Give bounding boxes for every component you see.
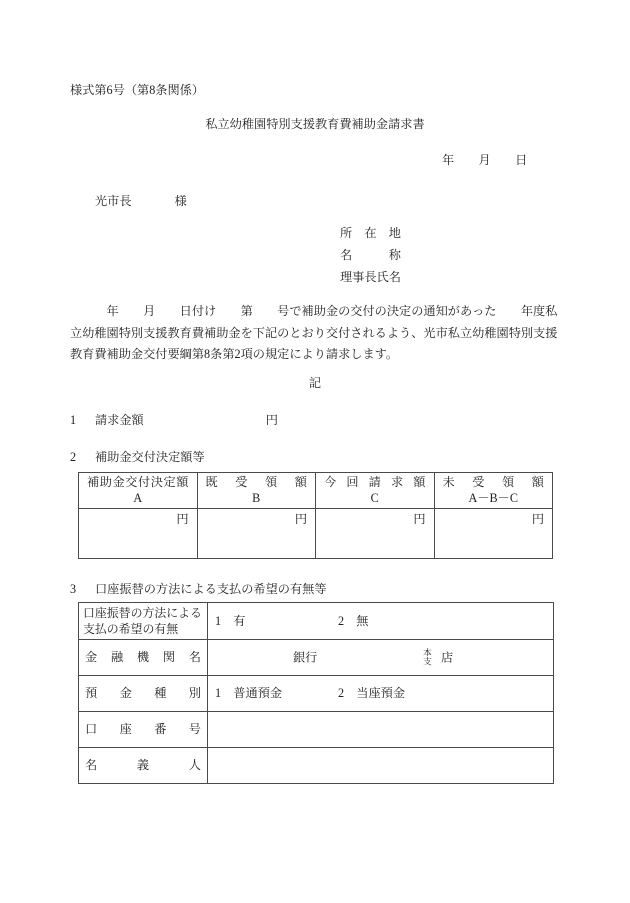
section-3-heading: 3口座振替の方法による支払の希望の有無等	[70, 582, 327, 597]
header-already-received: 既受領額 B	[197, 473, 316, 509]
transfer-preference-label: 口座振替の方法による 支払の希望の有無	[79, 603, 208, 640]
document-title: 私立幼稚園特別支援教育費補助金請求書	[0, 117, 630, 132]
account-number-field	[208, 712, 554, 748]
transfer-preference-options: 1 有2 無	[208, 603, 554, 640]
header-decided-amount: 補助金交付決定額 A	[79, 473, 198, 509]
account-holder-field	[208, 748, 554, 784]
deposit-type-label: 預金種別	[79, 676, 208, 712]
document-page: 様式第6号（第8条関係） 私立幼稚園特別支援教育費補助金請求書 年 月 日 光市…	[0, 0, 630, 903]
cell-current-claim-yen: 円	[316, 509, 435, 559]
section-3-title: 口座振替の方法による支払の希望の有無等	[95, 582, 327, 596]
grant-decision-table: 補助金交付決定額 A 既受領額 B 今回請求額 C 未受領額 A－B－C 円 円…	[78, 472, 553, 559]
financial-institution-field: 銀行 本 支 店	[208, 640, 554, 676]
branch-suffix-label: 店	[441, 650, 453, 665]
grant-table-value-row: 円 円 円 円	[79, 509, 553, 559]
body-line-3: 教育費補助金交付要綱第8条第2項の規定により請求します。	[70, 344, 558, 366]
branch-office-char: 支	[423, 658, 432, 668]
deposit-option-current: 2 当座預金	[338, 686, 405, 700]
addressee-honorific: 様	[175, 194, 187, 208]
section-3-number: 3	[70, 582, 95, 597]
section-2-title: 補助金交付決定額等	[95, 450, 205, 464]
account-number-label: 口座番号	[79, 712, 208, 748]
section-2-number: 2	[70, 450, 95, 465]
account-holder-row: 名義人	[79, 748, 554, 784]
section-1-number: 1	[70, 413, 95, 428]
deposit-type-options: 1 普通預金2 当座預金	[208, 676, 554, 712]
section-1-claim-amount: 1請求金額円	[70, 413, 278, 428]
body-paragraph: 年 月 日付け 第 号で補助金の交付の決定の通知があった 年度私 立幼稚園特別支…	[70, 301, 558, 366]
cell-already-received-yen: 円	[197, 509, 316, 559]
financial-institution-row: 金融機関名 銀行 本 支 店	[79, 640, 554, 676]
section-2-heading: 2補助金交付決定額等	[70, 450, 205, 465]
section-1-title: 請求金額	[95, 413, 144, 427]
grant-table-header-row: 補助金交付決定額 A 既受領額 B 今回請求額 C 未受領額 A－B－C	[79, 473, 553, 509]
cell-decided-amount-yen: 円	[79, 509, 198, 559]
date-line: 年 月 日	[442, 153, 527, 168]
transfer-option-no: 2 無	[338, 614, 368, 628]
bank-suffix-label: 銀行	[293, 650, 317, 665]
header-unreceived: 未受領額 A－B－C	[434, 473, 553, 509]
deposit-option-ordinary: 1 普通預金	[215, 686, 338, 701]
sender-block: 所 在 地 名 称 理事長氏名	[340, 222, 401, 288]
transfer-option-yes: 1 有	[215, 614, 338, 629]
section-1-yen-unit: 円	[266, 413, 278, 427]
financial-institution-label: 金融機関名	[79, 640, 208, 676]
head-or-branch-stack: 本 支	[423, 648, 432, 667]
form-number: 様式第6号（第8条関係）	[70, 83, 204, 98]
body-line-1: 年 月 日付け 第 号で補助金の交付の決定の通知があった 年度私	[70, 301, 558, 323]
addressee-line: 光市長様	[95, 194, 187, 209]
ki-marker: 記	[0, 376, 630, 391]
sender-name-label: 名 称	[340, 244, 401, 266]
account-holder-label: 名義人	[79, 748, 208, 784]
cell-unreceived-yen: 円	[434, 509, 553, 559]
bank-account-table: 口座振替の方法による 支払の希望の有無 1 有2 無 金融機関名 銀行 本 支 …	[78, 602, 554, 784]
header-current-claim: 今回請求額 C	[316, 473, 435, 509]
deposit-type-row: 預金種別 1 普通預金2 当座預金	[79, 676, 554, 712]
transfer-preference-row: 口座振替の方法による 支払の希望の有無 1 有2 無	[79, 603, 554, 640]
addressee-name: 光市長	[95, 194, 132, 208]
sender-director-label: 理事長氏名	[340, 266, 401, 288]
body-line-2: 立幼稚園特別支援教育費補助金を下記のとおり交付されるよう、光市私立幼稚園特別支援	[70, 323, 558, 345]
account-number-row: 口座番号	[79, 712, 554, 748]
sender-address-label: 所 在 地	[340, 222, 401, 244]
